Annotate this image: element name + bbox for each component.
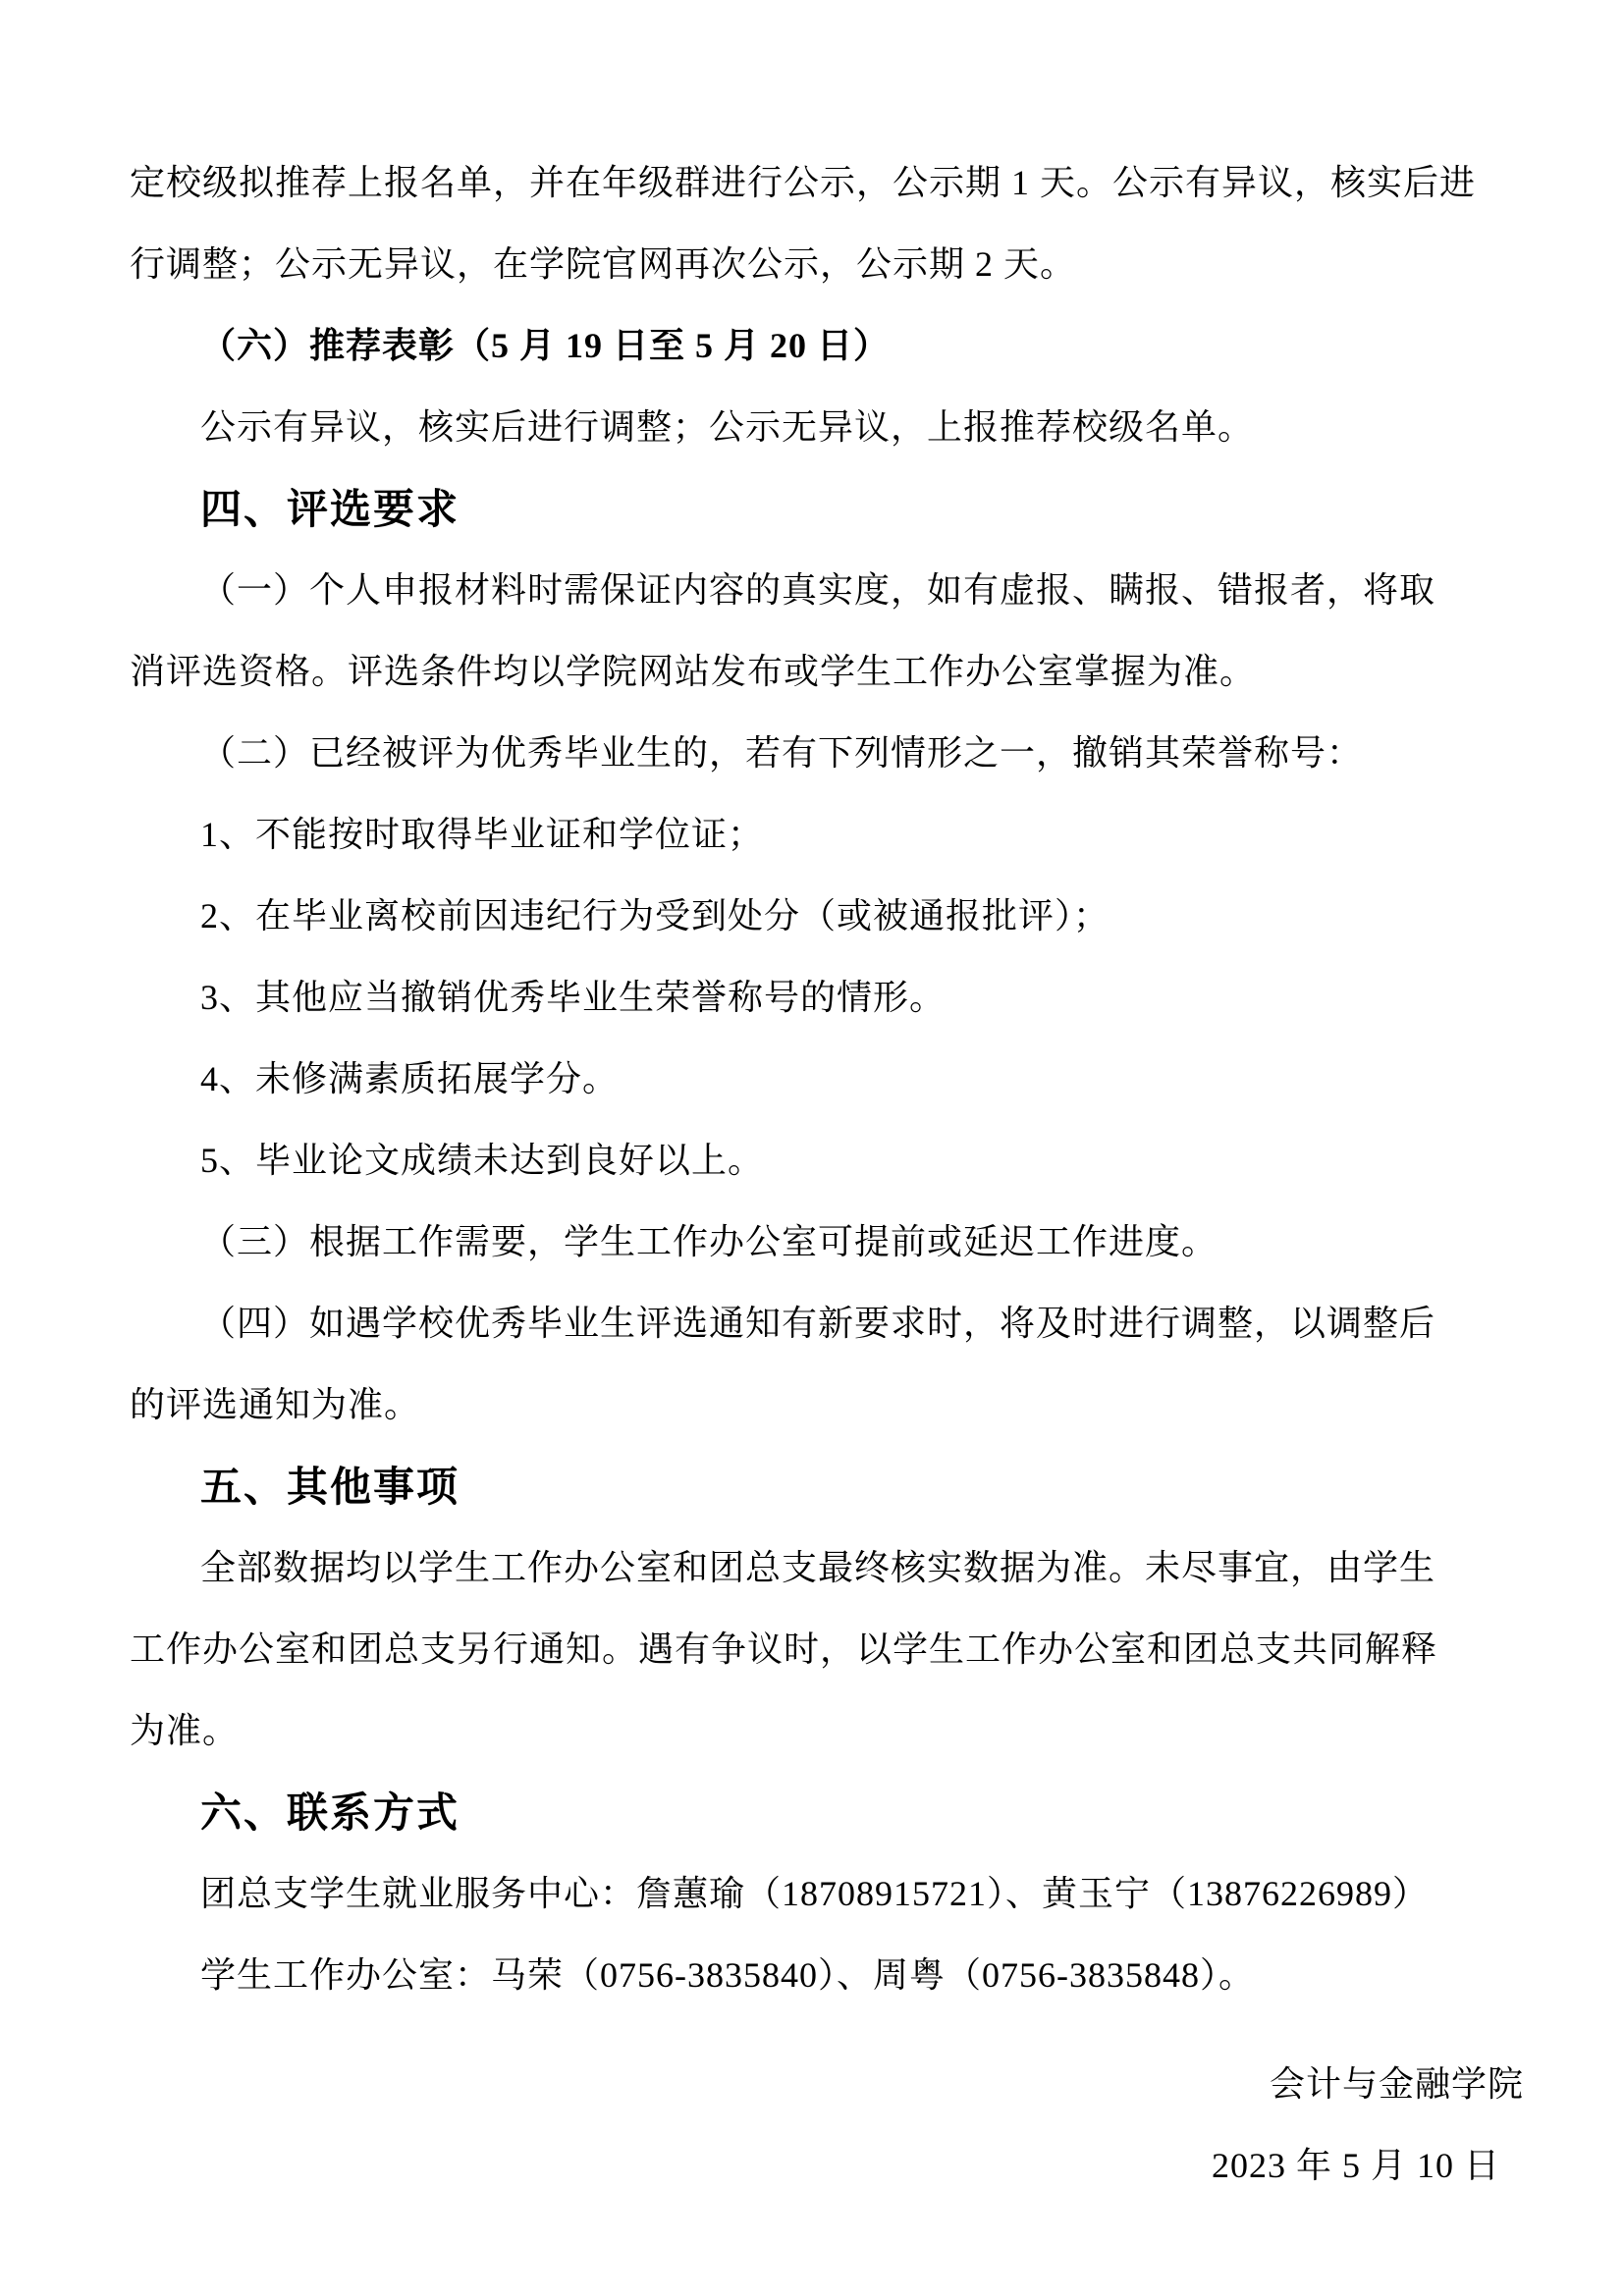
text-line: 1、不能按时取得毕业证和学位证； <box>130 794 1494 876</box>
heading-part-4-requirements: 四、评选要求 <box>130 468 1494 550</box>
text-line: （六）推荐表彰（5 月 19 日至 5 月 20 日） <box>130 305 1494 387</box>
paragraph-publicity-continuation: 定校级拟推荐上报名单，并在年级群进行公示，公示期 1 天。公示有异议，核实后进行… <box>130 142 1494 305</box>
text-line: 五、其他事项 <box>130 1446 1494 1527</box>
list-item-3: 3、其他应当撤销优秀毕业生荣誉称号的情形。 <box>130 957 1494 1039</box>
text-line: 5、毕业论文成绩未达到良好以上。 <box>130 1120 1494 1201</box>
text-line: 2、在毕业离校前因违纪行为受到处分（或被通报批评）； <box>130 876 1494 957</box>
paragraph-commend-detail: 公示有异议，核实后进行调整；公示无异议，上报推荐校级名单。 <box>130 387 1494 468</box>
paragraph-contact-league-center: 团总支学生就业服务中心：詹蕙瑜（18708915721）、黄玉宁（1387622… <box>130 1853 1494 1935</box>
text-line: 工作办公室和团总支另行通知。遇有争议时，以学生工作办公室和团总支共同解释 <box>130 1609 1494 1690</box>
text-line: 消评选资格。评选条件均以学院网站发布或学生工作办公室掌握为准。 <box>130 631 1494 713</box>
signature-block: 会计与金融学院 2023 年 5 月 10 日 <box>130 2044 1494 2207</box>
text-line: （四）如遇学校优秀毕业生评选通知有新要求时，将及时进行调整，以调整后 <box>130 1283 1494 1364</box>
paragraph-other-matters: 全部数据均以学生工作办公室和团总支最终核实数据为准。未尽事宜，由学生工作办公室和… <box>130 1527 1494 1772</box>
text-line: 的评选通知为准。 <box>130 1364 1494 1446</box>
paragraph-requirement-1: （一）个人申报材料时需保证内容的真实度，如有虚报、瞒报、错报者，将取消评选资格。… <box>130 550 1494 713</box>
signature-date: 2023 年 5 月 10 日 <box>130 2125 1500 2207</box>
text-line: 定校级拟推荐上报名单，并在年级群进行公示，公示期 1 天。公示有异议，核实后进 <box>130 142 1494 224</box>
text-line: 公示有异议，核实后进行调整；公示无异议，上报推荐校级名单。 <box>130 387 1494 468</box>
paragraph-requirement-3: （三）根据工作需要，学生工作办公室可提前或延迟工作进度。 <box>130 1201 1494 1283</box>
paragraph-requirement-2: （二）已经被评为优秀毕业生的，若有下列情形之一，撤销其荣誉称号： <box>130 713 1494 794</box>
text-line: 团总支学生就业服务中心：詹蕙瑜（18708915721）、黄玉宁（1387622… <box>130 1853 1494 1935</box>
signature-organization: 会计与金融学院 <box>130 2044 1524 2125</box>
list-item-1: 1、不能按时取得毕业证和学位证； <box>130 794 1494 876</box>
text-line: 四、评选要求 <box>130 468 1494 550</box>
text-line: 4、未修满素质拓展学分。 <box>130 1039 1494 1120</box>
heading-part-6-contact: 六、联系方式 <box>130 1772 1494 1853</box>
text-line: （二）已经被评为优秀毕业生的，若有下列情形之一，撤销其荣誉称号： <box>130 713 1494 794</box>
document-page: 定校级拟推荐上报名单，并在年级群进行公示，公示期 1 天。公示有异议，核实后进行… <box>0 0 1624 2296</box>
list-item-5: 5、毕业论文成绩未达到良好以上。 <box>130 1120 1494 1201</box>
list-item-4: 4、未修满素质拓展学分。 <box>130 1039 1494 1120</box>
paragraph-contact-student-office: 学生工作办公室：马荣（0756-3835840）、周粤（0756-3835848… <box>130 1935 1494 2016</box>
text-line: 六、联系方式 <box>130 1772 1494 1853</box>
text-line: （一）个人申报材料时需保证内容的真实度，如有虚报、瞒报、错报者，将取 <box>130 550 1494 631</box>
text-line: 为准。 <box>130 1690 1494 1772</box>
text-line: 行调整；公示无异议，在学院官网再次公示，公示期 2 天。 <box>130 224 1494 305</box>
paragraph-requirement-4: （四）如遇学校优秀毕业生评选通知有新要求时，将及时进行调整，以调整后的评选通知为… <box>130 1283 1494 1446</box>
list-item-2: 2、在毕业离校前因违纪行为受到处分（或被通报批评）； <box>130 876 1494 957</box>
text-line: 学生工作办公室：马荣（0756-3835840）、周粤（0756-3835848… <box>130 1935 1494 2016</box>
heading-section-6-recommend-commend: （六）推荐表彰（5 月 19 日至 5 月 20 日） <box>130 305 1494 387</box>
text-line: 3、其他应当撤销优秀毕业生荣誉称号的情形。 <box>130 957 1494 1039</box>
text-line: 全部数据均以学生工作办公室和团总支最终核实数据为准。未尽事宜，由学生 <box>130 1527 1494 1609</box>
document-body: 定校级拟推荐上报名单，并在年级群进行公示，公示期 1 天。公示有异议，核实后进行… <box>130 142 1494 2016</box>
heading-part-5-other-matters: 五、其他事项 <box>130 1446 1494 1527</box>
text-line: （三）根据工作需要，学生工作办公室可提前或延迟工作进度。 <box>130 1201 1494 1283</box>
